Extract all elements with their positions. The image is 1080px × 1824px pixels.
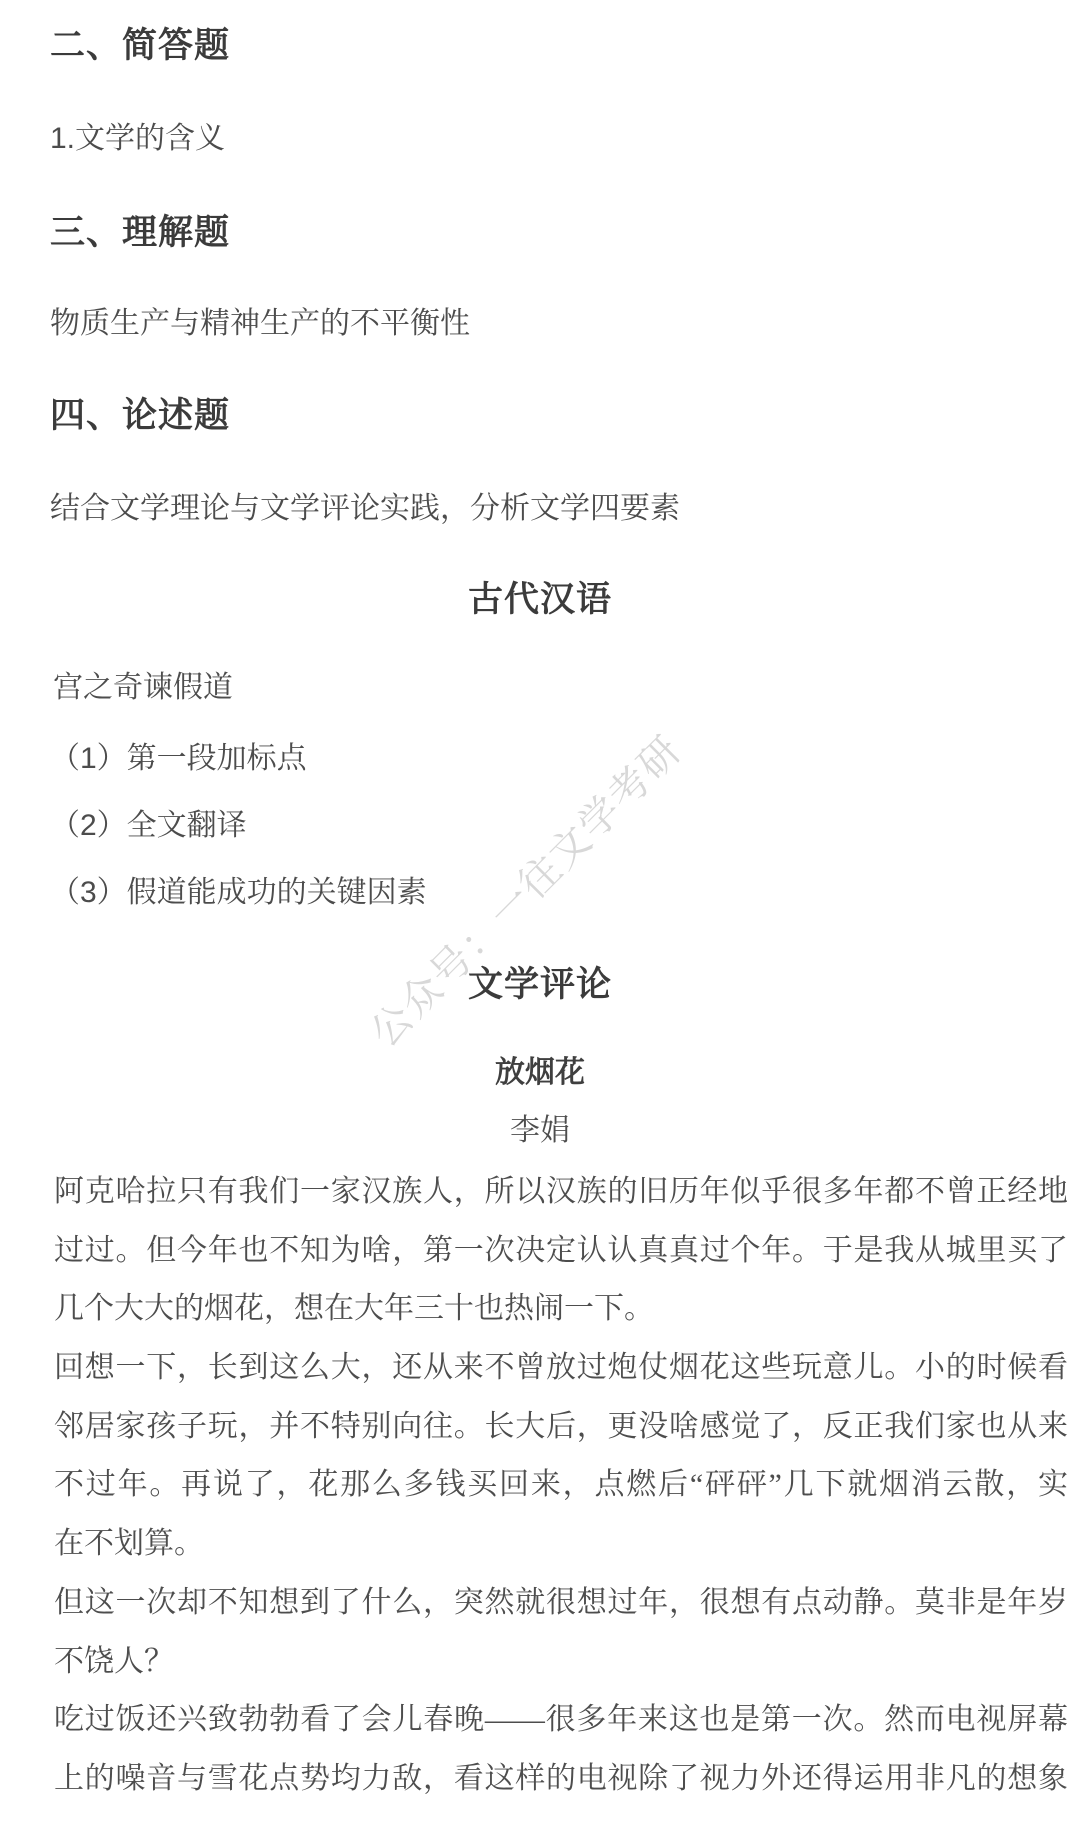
essay-line: 几个大大的烟花，想在大年三十也热闹一下。: [54, 1280, 1068, 1339]
question-item-literature-meaning: 1.文学的含义: [50, 120, 225, 158]
essay-line: 但这一次却不知想到了什么，突然就很想过年，很想有点动静。莫非是年岁: [54, 1574, 1068, 1633]
question-item-imbalance: 物质生产与精神生产的不平衡性: [50, 305, 470, 343]
task-item-key-factors: （3）假道能成功的关键因素: [50, 874, 427, 912]
section-heading-essay-question: 四、论述题: [50, 394, 230, 438]
essay-line: 阿克哈拉只有我们一家汉族人，所以汉族的旧历年似乎很多年都不曾正经地: [54, 1163, 1068, 1222]
passage-title: 宫之奇谏假道: [53, 669, 233, 707]
task-item-translation: （2）全文翻译: [50, 807, 247, 845]
document-page: 公众号：一往文学考研 二、简答题 1.文学的含义 三、理解题 物质生产与精神生产…: [0, 0, 1080, 1824]
essay-author: 李娟: [0, 1112, 1080, 1150]
essay-line: 回想一下，长到这么大，还从来不曾放过炮仗烟花这些玩意儿。小的时候看: [54, 1339, 1068, 1398]
essay-line: 上的噪音与雪花点势均力敌，看这样的电视除了视力外还得运用非凡的想象: [54, 1750, 1068, 1809]
question-item-four-elements: 结合文学理论与文学评论实践，分析文学四要素: [50, 490, 680, 528]
title-literary-review: 文学评论: [0, 963, 1080, 1007]
section-heading-comprehension: 三、理解题: [50, 211, 230, 255]
task-item-punctuation: （1）第一段加标点: [50, 740, 307, 778]
section-heading-short-answer: 二、简答题: [50, 24, 230, 68]
essay-line: 过过。但今年也不知为啥，第一次决定认认真真过个年。于是我从城里买了: [54, 1222, 1068, 1281]
essay-line: 在不划算。: [54, 1515, 1068, 1574]
essay-line: 邻居家孩子玩，并不特别向往。长大后，更没啥感觉了，反正我们家也从来: [54, 1398, 1068, 1457]
title-ancient-chinese: 古代汉语: [0, 578, 1080, 622]
essay-line: 不饶人？: [54, 1633, 1068, 1692]
essay-title: 放烟花: [0, 1054, 1080, 1092]
essay-line: 吃过饭还兴致勃勃看了会儿春晚——很多年来这也是第一次。然而电视屏幕: [54, 1691, 1068, 1750]
essay-body: 阿克哈拉只有我们一家汉族人，所以汉族的旧历年似乎很多年都不曾正经地 过过。但今年…: [54, 1163, 1068, 1809]
essay-line: 不过年。再说了，花那么多钱买回来，点燃后“砰砰”几下就烟消云散，实: [54, 1456, 1068, 1515]
